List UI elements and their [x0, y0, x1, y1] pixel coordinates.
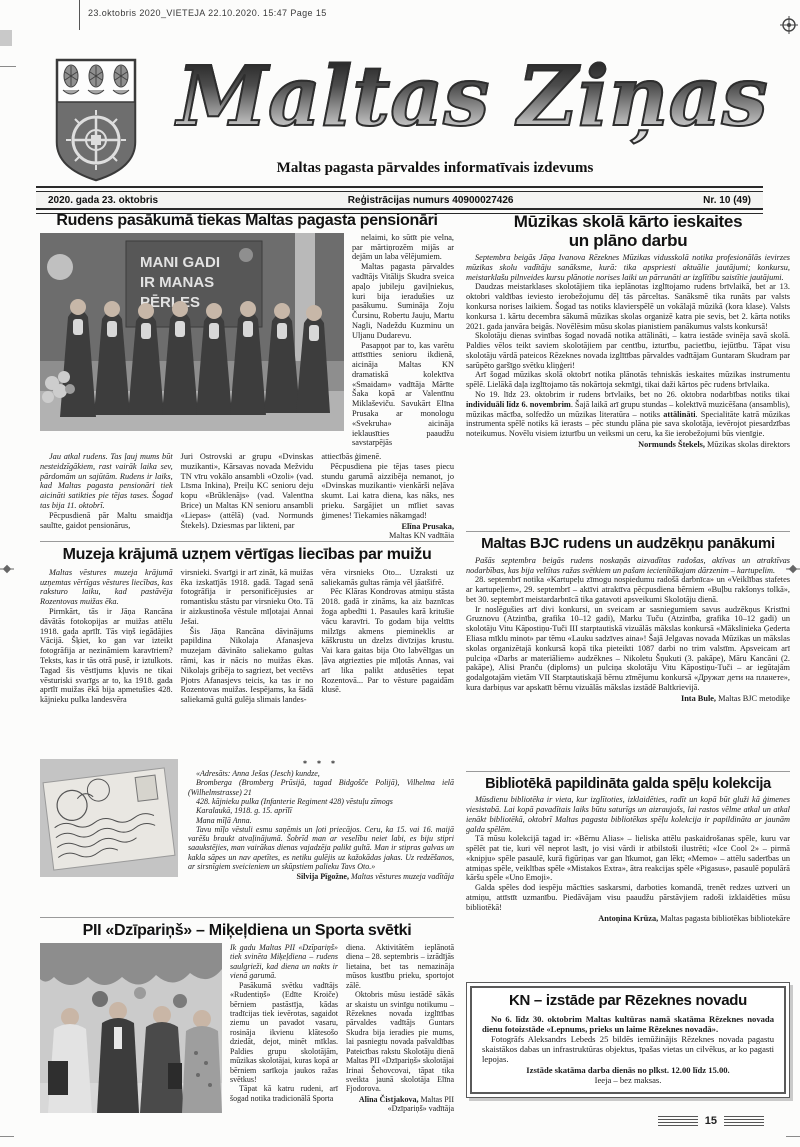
section-break-stars: * * * — [188, 759, 454, 768]
spinning-wheel — [66, 110, 126, 170]
page-number: 15 — [705, 1115, 717, 1127]
article-paragraph: Pēcpusdiena pie tējas tases piecu stundu… — [321, 462, 454, 521]
notice-headline: KN – izstāde par Rēzeknes novadu — [482, 993, 774, 1010]
article-paragraph: Oktobris mūsu iestādē sākās ar skaistu u… — [346, 990, 454, 1094]
issue-date: 2020. gada 23. oktobris — [48, 195, 158, 206]
article-pii: PII «Dzīpariņš» – Miķeļdiena un Sporta s… — [40, 922, 454, 1134]
article-paragraph: virsnieki. Svarīgi ir arī zināt, kā muiž… — [181, 568, 314, 627]
article-music-school: Mūzikas skolā kārto ieskaitesun plāno da… — [466, 212, 790, 528]
article-column: vēra virsnieks Oto... Uzraksti uz saliek… — [321, 568, 454, 754]
crop-mark — [0, 1136, 14, 1137]
article-signature: Silvija Pīgožne, Maltas vēstures muzeja … — [188, 872, 454, 881]
letter-line: Mana mīļā Anna. — [188, 816, 454, 825]
newspaper-subtitle: Maltas pagasta pārvaldes informatīvais i… — [170, 160, 700, 177]
article-signature: Alīna Čistjakova, Maltas PII «Dzīpariņš»… — [346, 1095, 454, 1114]
article-paragraph: Pēcpusdienā pār Maltu smaidīja saulīte, … — [40, 511, 173, 531]
newspaper-title: Maltas Ziņas — [160, 50, 785, 144]
print-slug: 23.oktobris 2020_VIETEJA 22.10.2020. 15:… — [88, 8, 327, 18]
article-column: Juri Ostrovski ar grupu «Dvinskas muzika… — [181, 452, 314, 538]
registration-diamond-icon — [0, 562, 14, 581]
article-paragraph: Tā mūsu kolekcijā tagad ir: «Bērnu Alias… — [466, 834, 790, 883]
exhibition-notice-box: KN – izstāde par Rēzeknes novadu No 6. l… — [466, 982, 790, 1098]
letter-body: Tavu mīļo vēstuli esmu saņēmis un ļoti p… — [188, 825, 454, 871]
notice-paragraph: No 6. līdz 30. oktobrim Maltas kultūras … — [482, 1014, 774, 1034]
article-paragraph: Pasākumā svētku vadītājs «Rudentiņš» (Ed… — [230, 981, 338, 1085]
masthead: Maltas Ziņas Maltas pagasta pārvaldes in… — [40, 56, 790, 184]
notice-hours: Izstāde skatāma darba dienās no plkst. 1… — [482, 1065, 774, 1075]
article-paragraph: vēra virsnieks Oto... Uzraksti uz saliek… — [321, 568, 454, 588]
article-paragraph: Arī šogad mūzikas skolā oktobrī notika p… — [466, 370, 790, 390]
article-lead: Ik gadu Maltas PII «Dzīpariņš» tiek svin… — [230, 943, 338, 981]
article-lead: Maltas vēstures muzeja krājumā uzņemtas … — [40, 568, 173, 607]
crop-mark — [79, 0, 80, 30]
registration-number: Reģistrācijas numurs 40900027426 — [348, 195, 514, 206]
article-paragraph: attiecībās ģimenē. — [321, 452, 454, 462]
article-paragraph: nelaimi, ko sūtīt pie velna, par mārtiņr… — [352, 233, 454, 262]
article-column: Ik gadu Maltas PII «Dzīpariņš» tiek svin… — [230, 943, 338, 1114]
article-signature: Antoņina Krūza, Maltas pagasta bibliotēk… — [466, 914, 790, 924]
article-column: Jau atkal rudens. Tas ļauj mums būt nest… — [40, 452, 173, 538]
letter-line: Bromberga (Bromberg Prūsijā, tagad Bidgo… — [188, 778, 454, 797]
footer-rule — [724, 1116, 764, 1126]
svg-text:IR MANAS: IR MANAS — [140, 274, 214, 291]
article-signature: Normunds Štekels, Mūzikas skolas direkto… — [466, 440, 790, 450]
article-column: diena. Aktivitātēm ieplānotā diena – 28.… — [346, 943, 454, 1114]
pensioners-photo: MANI GADI IR MANAS PĒRLES — [40, 233, 344, 431]
crop-mark — [786, 1136, 800, 1137]
article-signature: Elīna Prusaka,Maltas KN vadītāja — [321, 522, 454, 538]
postcard-photo — [40, 759, 178, 877]
article-paragraph: Tāpat kā katru rudeni, arī šogad notika … — [230, 1084, 338, 1103]
article-column: Maltas vēstures muzeja krājumā uzņemtas … — [40, 568, 173, 754]
divider — [466, 771, 790, 772]
article-paragraph: Pasapņot par to, kas varētu attīstīties … — [352, 341, 454, 449]
article-headline: Mūzikas skolā kārto ieskaitesun plāno da… — [466, 212, 790, 250]
article-lead: Septembra beigās Jāņa Ivanova Rēzeknes M… — [466, 253, 790, 282]
article-paragraph: Skolotāju dienas svinības šogad novadā n… — [466, 331, 790, 370]
article-headline: Muzeja krājumā uzņem vērtīgas liecības p… — [40, 546, 454, 564]
article-signature: Inta Bule, Maltas BJC metodiķe — [466, 694, 790, 704]
coat-of-arms-icon — [55, 58, 137, 187]
article-paragraph: Pirmkārt, tās ir Jāņa Rancāna dāvātās fo… — [40, 607, 173, 705]
article-paragraph: Pēc Klāras Kondrovas atmiņu stāsta 2018.… — [321, 587, 454, 695]
notice-admission: Ieeja – bez maksas. — [482, 1075, 774, 1085]
article-library: Bibliotēkā papildināta galda spēļu kolek… — [466, 776, 790, 974]
article-lead: Jau atkal rudens. Tas ļauj mums būt nest… — [40, 452, 173, 511]
registration-target-icon — [780, 16, 798, 39]
svg-text:MANI GADI: MANI GADI — [140, 254, 220, 271]
article-column: nelaimi, ko sūtīt pie velna, par mārtiņr… — [352, 233, 454, 448]
article-headline: Maltas BJC rudens un audzēkņu panākumi — [466, 536, 790, 553]
issue-number: Nr. 10 (49) — [703, 195, 751, 206]
article-paragraph: No 19. līdz 23. oktobrim ir rudens brīvl… — [466, 390, 790, 439]
article-lead: Mūsdienu bibliotēka ir vieta, kur izglīt… — [466, 795, 790, 834]
page-number-footer: 15 — [658, 1115, 764, 1127]
article-museum: Muzeja krājumā uzņem vērtīgas liecības p… — [40, 546, 454, 914]
issue-info-bar: 2020. gada 23. oktobris Reģistrācijas nu… — [36, 186, 763, 214]
article-bjc: Maltas BJC rudens un audzēkņu panākumi P… — [466, 536, 790, 768]
divider — [40, 917, 454, 918]
article-headline: Bibliotēkā papildināta galda spēļu kolek… — [466, 776, 790, 792]
letter-line: Karalaukā, 1918. g. 15. aprīlī — [188, 806, 454, 815]
letter-line: 428. kājnieku pulka (Infanterie Regiment… — [188, 797, 454, 806]
article-headline: PII «Dzīpariņš» – Miķeļdiena un Sporta s… — [40, 922, 454, 940]
notice-paragraph: Fotogrāfs Aleksandrs Lebeds 25 bildēs ie… — [482, 1034, 774, 1064]
crop-mark — [0, 66, 16, 67]
article-lead: Pašās septembra beigās rudens noskaņās a… — [466, 556, 790, 576]
newspaper-page: 23.oktobris 2020_VIETEJA 22.10.2020. 15:… — [0, 0, 800, 1147]
article-paragraph: Ir noslēgušies arī divi konkursi, un sve… — [466, 605, 790, 693]
article-headline: Rudens pasākumā tiekas Maltas pagasta pe… — [40, 212, 454, 230]
article-paragraph: Šis Jāņa Rancāna dāvinājums papildina Ni… — [181, 627, 314, 705]
letter-excerpt: * * * «Adresāts: Anna Ješas (Jesch) kund… — [188, 759, 454, 907]
article-paragraph: diena. Aktivitātēm ieplānotā diena – 28.… — [346, 943, 454, 990]
article-paragraph: 28. septembrī notika «Kartupeļu zīmogu n… — [466, 575, 790, 604]
article-paragraph: Maltas pagasta pārvaldes vadītājs Vitāli… — [352, 262, 454, 340]
footer-rule — [658, 1116, 698, 1126]
article-paragraph: Daudzas meistarklases skolotājiem tika i… — [466, 282, 790, 331]
divider — [466, 531, 790, 532]
article-paragraph: Galda spēles dod iespēju mācīties saskar… — [466, 883, 790, 912]
print-mark — [0, 30, 12, 46]
pii-photo — [40, 943, 222, 1113]
article-paragraph: Juri Ostrovski ar grupu «Dvinskas muzika… — [181, 452, 314, 530]
article-column: attiecībās ģimenē. Pēcpusdiena pie tējas… — [321, 452, 454, 538]
article-pensioners: Rudens pasākumā tiekas Maltas pagasta pe… — [40, 212, 454, 538]
letter-line: «Adresāts: Anna Ješas (Jesch) kundze, — [188, 769, 454, 778]
article-column: virsnieki. Svarīgi ir arī zināt, kā muiž… — [181, 568, 314, 754]
divider — [40, 541, 454, 542]
